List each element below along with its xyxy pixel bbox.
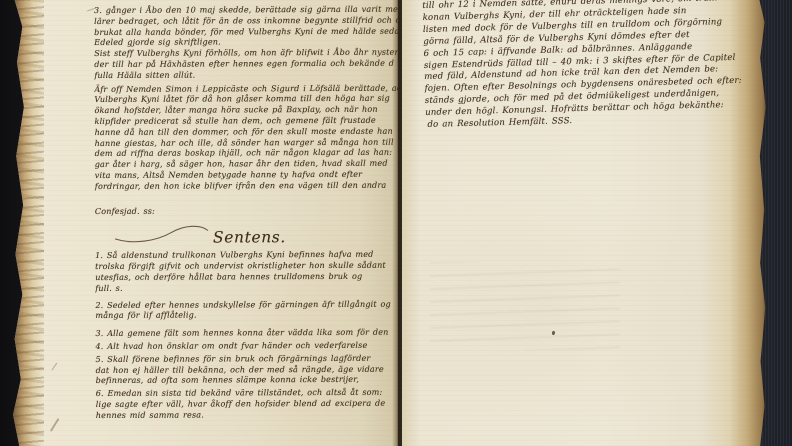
manuscript-line: hennes mid samma resa. <box>96 408 400 420</box>
sentence-heading-row: Sentens. <box>95 220 399 243</box>
paragraph: 3. gånger i Åbo den 10 maj skedde, berät… <box>94 4 398 49</box>
manuscript-line: fordringar, den hon icke blifver ifrån d… <box>95 179 399 191</box>
ink-showthrough <box>430 262 620 350</box>
manuscript-line: befinneras, ad ofta som hennes slämpe ko… <box>96 374 400 386</box>
sentence-items: 1. Så aldenstund trullkonan Vulberghs Ky… <box>95 249 400 420</box>
sentence-item: 6. Emedan sin sista tid bekänd väre till… <box>96 387 400 421</box>
manuscript-line: fulla Hääla sitten allút. <box>94 68 398 80</box>
left-page-text: 3. gånger i Åbo den 10 maj skedde, berät… <box>94 4 400 421</box>
paragraph: Äfr off Nemden Simon i Leppicäste och Si… <box>94 82 398 191</box>
sentence-item: 1. Så aldenstund trullkonan Vulberghs Ky… <box>95 249 399 294</box>
right-page-text: Männigen till ohr 12 i Nemden sätte, ehu… <box>422 0 752 132</box>
manuscript-line: lige sagte efter väll, hvar åkoff den ho… <box>96 398 400 410</box>
manuscript-line: brukat alla handa bönder, för med Vulber… <box>94 25 398 37</box>
manuscript-photo: 3. gånger i Åbo den 10 maj skedde, berät… <box>0 0 792 446</box>
sentence-item: 2. Sedeled efter hennes undskyllelse för… <box>95 298 399 321</box>
manuscript-line: många för lif afflåtelig. <box>95 309 399 321</box>
sentence-item: 4. Alt hvad hon önsklar om ondt fvar hän… <box>95 340 399 352</box>
paragraph: Sist steff Vulberghs Kyni förhölls, om h… <box>94 47 398 81</box>
sentence-item: 3. Alla gemene fält som hennes konna åte… <box>95 327 399 339</box>
pen-flourish-icon <box>113 223 209 243</box>
manuscript-line: 3. Alla gemene fält som hennes konna åte… <box>95 327 399 339</box>
manuscript-line: 4. Alt hvad hon önsklar om ondt fvar hän… <box>95 340 399 352</box>
manuscript-line: hanne då han till den dommer, och för de… <box>95 125 399 137</box>
manuscript-line: 2. Sedeled efter hennes undskyllelse för… <box>95 298 399 310</box>
sentence-item: 5. Skall förene befinnes för sin bruk oc… <box>96 352 400 386</box>
manuscript-line: full. s. <box>95 281 399 293</box>
manuscript-line: lärer bedraget, och låtit för än de oss … <box>94 14 398 26</box>
manuscript-line: der till har på Häxhästen efter hennes e… <box>94 58 398 70</box>
confession-note: Confesjad. ss: <box>95 204 399 216</box>
sentence-heading: Sentens. <box>213 232 286 243</box>
manuscript-line: utesfias, och derföre hållat bara hennes… <box>95 271 399 283</box>
manuscript-line: 5. Skall förene befinnes för sin bruk oc… <box>96 352 400 364</box>
verdict-paragraph: till ohr 12 i Nemden sätte, ehuru deras … <box>422 0 751 132</box>
